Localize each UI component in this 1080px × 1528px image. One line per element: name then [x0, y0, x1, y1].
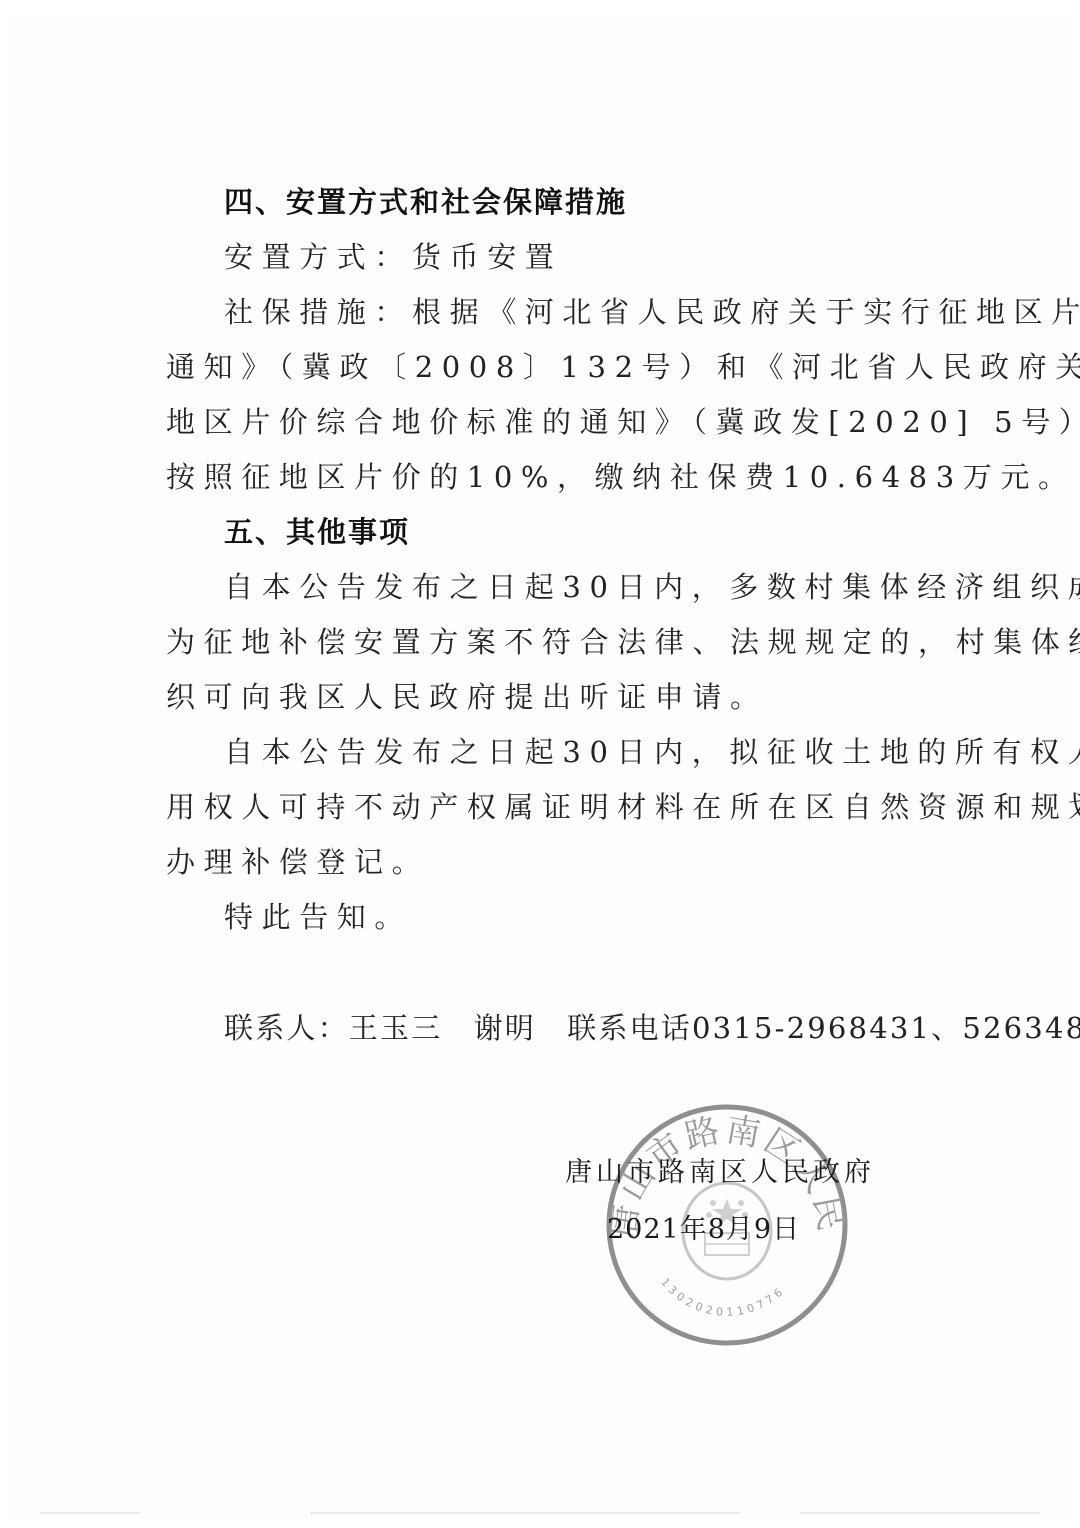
issue-date: 2021年8月9日: [607, 1212, 800, 1248]
closing-statement: 特此告知。: [224, 898, 412, 936]
resettlement-method: 安置方式：货币安置: [224, 238, 562, 276]
scan-artifact: [800, 1512, 1040, 1514]
issuing-authority: 唐山市路南区人民政府: [565, 1155, 875, 1191]
social-security-line-1: 社保措施：根据《河北省人民政府关于实行征地区片价的: [224, 293, 1080, 331]
social-security-line-4: 按照征地区片价的10%，缴纳社保费10.6483万元。: [166, 458, 1076, 496]
section-5-heading: 五、其他事项: [224, 513, 410, 551]
section-4-heading: 四、安置方式和社会保障措施: [224, 183, 627, 221]
paragraph-1-line-1: 自本公告发布之日起30日内，多数村集体经济组织成员认: [224, 568, 1080, 606]
paragraph-1-line-3: 织可向我区人民政府提出听证申请。: [166, 678, 768, 716]
social-security-line-2: 通知》（冀政〔2008〕132号）和《河北省人民政府关于完善征: [166, 348, 1080, 386]
paragraph-1-line-2: 为征地补偿安置方案不符合法律、法规规定的，村集体经济组: [166, 623, 1080, 661]
contact-info: 联系人：王玉三 谢明 联系电话0315-2968431、5263488: [224, 1009, 1080, 1047]
scan-artifact: [40, 1512, 140, 1514]
paragraph-2-line-3: 办理补偿登记。: [166, 843, 429, 881]
scan-artifact: [310, 1512, 740, 1514]
paragraph-2-line-2: 用权人可持不动产权属证明材料在所在区自然资源和规划分局: [166, 788, 1080, 826]
svg-text:1302020110776: 1302020110776: [658, 1276, 788, 1319]
social-security-line-3: 地区片价综合地价标准的通知》（冀政发[2020] 5号）规定，: [166, 403, 1080, 441]
paragraph-2-line-1: 自本公告发布之日起30日内，拟征收土地的所有权人、使: [224, 733, 1080, 771]
